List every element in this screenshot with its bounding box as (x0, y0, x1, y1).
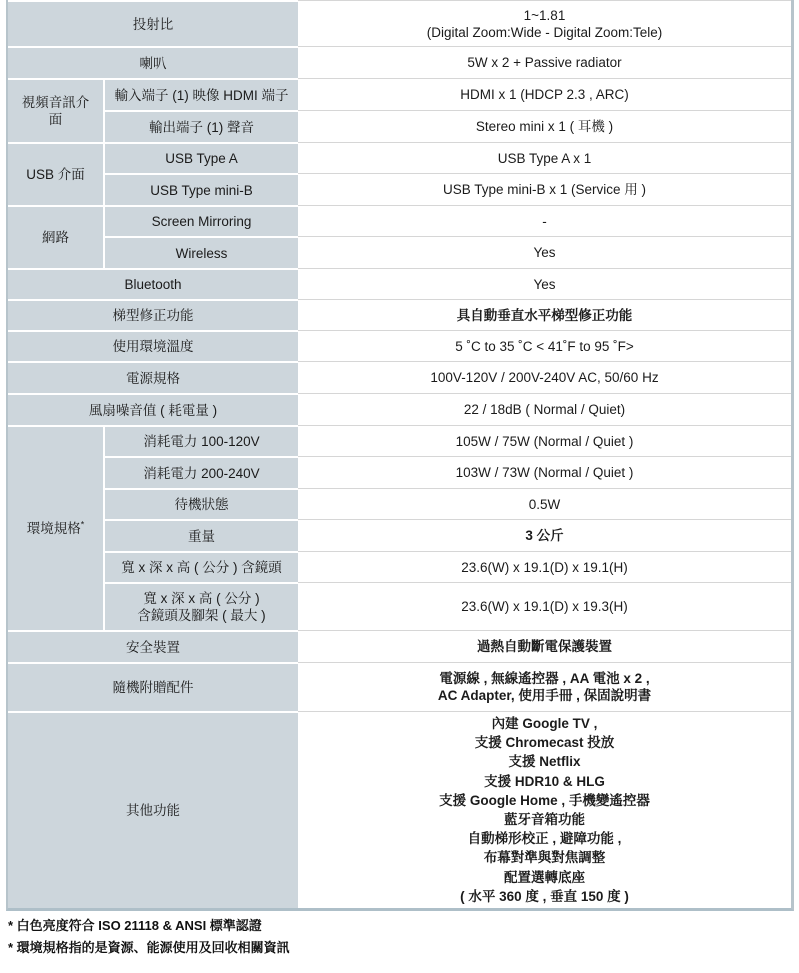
value-line: 支援 HDR10 & HLG (306, 772, 783, 791)
spec-table: 投射比 1~1.81 (Digital Zoom:Wide - Digital … (8, 0, 791, 908)
spec-label: 輸入端子 (1) 映像 HDMI 端子 (105, 78, 298, 110)
row-power-spec: 電源規格 100V-120V / 200V-240V AC, 50/60 Hz (8, 361, 791, 393)
value-line: 電源線 , 無線遙控器 , AA 電池 x 2 , (306, 670, 783, 687)
spec-label: 風扇噪音值 ( 耗電量 ) (8, 393, 298, 425)
spec-value: USB Type A x 1 (298, 142, 791, 173)
spec-label: 寬 x 深 x 高 ( 公分 ) 含鏡頭 (105, 551, 298, 582)
row-wireless: Wireless Yes (8, 236, 791, 268)
spec-value: 5W x 2 + Passive radiator (298, 46, 791, 78)
spec-table-container: 投射比 1~1.81 (Digital Zoom:Wide - Digital … (6, 0, 794, 911)
row-usb-mini-b: USB Type mini-B USB Type mini-B x 1 (Ser… (8, 173, 791, 205)
value-line: 支援 Google Home , 手機變遙控器 (306, 791, 783, 810)
footnote: * 白色亮度符合 ISO 21118 & ANSI 標準認證 (8, 915, 768, 937)
spec-group: USB 介面 (8, 142, 105, 205)
spec-value: 23.6(W) x 19.1(D) x 19.3(H) (298, 582, 791, 630)
row-bluetooth: Bluetooth Yes (8, 268, 791, 299)
row-accessories: 隨機附贈配件 電源線 , 無線遙控器 , AA 電池 x 2 , AC Adap… (8, 662, 791, 711)
footnotes: * 白色亮度符合 ISO 21118 & ANSI 標準認證 * 環境規格指的是… (8, 915, 768, 959)
row-keystone: 梯型修正功能 具自動垂直水平梯型修正功能 (8, 299, 791, 330)
spec-value: Yes (298, 268, 791, 299)
row-fan-noise: 風扇噪音值 ( 耗電量 ) 22 / 18dB ( Normal / Quiet… (8, 393, 791, 425)
spec-value: USB Type mini-B x 1 (Service 用 ) (298, 173, 791, 205)
row-safety: 安全裝置 過熱自動斷電保護裝置 (8, 630, 791, 662)
spec-label: 投射比 (8, 0, 298, 46)
value-line: 配置選轉底座 (306, 868, 783, 887)
spec-value: Stereo mini x 1 ( 耳機 ) (298, 110, 791, 142)
spec-label: Screen Mirroring (105, 205, 298, 236)
row-hdmi-input: 視頻音訊介面 輸入端子 (1) 映像 HDMI 端子 HDMI x 1 (HDC… (8, 78, 791, 110)
row-throw-ratio: 投射比 1~1.81 (Digital Zoom:Wide - Digital … (8, 0, 791, 46)
spec-value: 23.6(W) x 19.1(D) x 19.1(H) (298, 551, 791, 582)
spec-value: 22 / 18dB ( Normal / Quiet) (298, 393, 791, 425)
spec-value: 100V-120V / 200V-240V AC, 50/60 Hz (298, 361, 791, 393)
spec-label: 消耗電力 100-120V (105, 425, 298, 456)
spec-label: 重量 (105, 519, 298, 551)
spec-value: 內建 Google TV , 支援 Chromecast 投放 支援 Netfl… (298, 711, 791, 908)
spec-label: Wireless (105, 236, 298, 268)
spec-value: 過熱自動斷電保護裝置 (298, 630, 791, 662)
value-line: 支援 Chromecast 投放 (306, 733, 783, 752)
spec-sheet-page: 投射比 1~1.81 (Digital Zoom:Wide - Digital … (0, 0, 799, 973)
row-speaker: 喇叭 5W x 2 + Passive radiator (8, 46, 791, 78)
spec-label: 待機狀態 (105, 488, 298, 519)
row-operating-temp: 使用環境溫度 5 ˚C to 35 ˚C < 41˚F to 95 ˚F> (8, 330, 791, 361)
value-line: 內建 Google TV , (306, 714, 783, 733)
spec-label: 喇叭 (8, 46, 298, 78)
value-line: 藍牙音箱功能 (306, 810, 783, 829)
spec-value: 3 公斤 (298, 519, 791, 551)
spec-label: USB Type A (105, 142, 298, 173)
footnote: * 環境規格指的是資源、能源使用及回收相關資訊 (8, 937, 768, 959)
row-audio-output: 輸出端子 (1) 聲音 Stereo mini x 1 ( 耳機 ) (8, 110, 791, 142)
spec-value: 103W / 73W (Normal / Quiet ) (298, 456, 791, 488)
spec-label: 電源規格 (8, 361, 298, 393)
value-line: 自動梯形校正 , 避障功能 , (306, 829, 783, 848)
spec-value: - (298, 205, 791, 236)
spec-value: 0.5W (298, 488, 791, 519)
value-line: ( 水平 360 度 , 垂直 150 度 ) (306, 887, 783, 906)
spec-label: 隨機附贈配件 (8, 662, 298, 711)
value-line: 支援 Netflix (306, 752, 783, 771)
spec-label: 消耗電力 200-240V (105, 456, 298, 488)
spec-value: Yes (298, 236, 791, 268)
spec-value: 電源線 , 無線遙控器 , AA 電池 x 2 , AC Adapter, 使用… (298, 662, 791, 711)
spec-label: 梯型修正功能 (8, 299, 298, 330)
row-dimensions-lens: 寬 x 深 x 高 ( 公分 ) 含鏡頭 23.6(W) x 19.1(D) x… (8, 551, 791, 582)
spec-label: 輸出端子 (1) 聲音 (105, 110, 298, 142)
spec-value: 具自動垂直水平梯型修正功能 (298, 299, 791, 330)
row-screen-mirroring: 網路 Screen Mirroring - (8, 205, 791, 236)
spec-group: 環境規格* (8, 425, 105, 630)
spec-label: 其他功能 (8, 711, 298, 908)
row-standby: 待機狀態 0.5W (8, 488, 791, 519)
spec-label: Bluetooth (8, 268, 298, 299)
row-other-features: 其他功能 內建 Google TV , 支援 Chromecast 投放 支援 … (8, 711, 791, 908)
value-line: 布幕對準與對焦調整 (306, 848, 783, 867)
spec-group: 網路 (8, 205, 105, 268)
spec-group-label: 環境規格 (27, 521, 81, 536)
spec-group: 視頻音訊介面 (8, 78, 105, 142)
row-weight: 重量 3 公斤 (8, 519, 791, 551)
label-line: 含鏡頭及腳架 ( 最大 ) (113, 607, 290, 624)
row-usb-type-a: USB 介面 USB Type A USB Type A x 1 (8, 142, 791, 173)
spec-value: 1~1.81 (Digital Zoom:Wide - Digital Zoom… (298, 0, 791, 46)
row-power-200-240: 消耗電力 200-240V 103W / 73W (Normal / Quiet… (8, 456, 791, 488)
spec-value: HDMI x 1 (HDCP 2.3 , ARC) (298, 78, 791, 110)
row-power-100-120: 環境規格* 消耗電力 100-120V 105W / 75W (Normal /… (8, 425, 791, 456)
label-line: 寬 x 深 x 高 ( 公分 ) (113, 590, 290, 607)
spec-value: 105W / 75W (Normal / Quiet ) (298, 425, 791, 456)
value-line: AC Adapter, 使用手冊 , 保固說明書 (306, 687, 783, 704)
spec-value: 5 ˚C to 35 ˚C < 41˚F to 95 ˚F> (298, 330, 791, 361)
row-dimensions-max: 寬 x 深 x 高 ( 公分 ) 含鏡頭及腳架 ( 最大 ) 23.6(W) x… (8, 582, 791, 630)
spec-label: 使用環境溫度 (8, 330, 298, 361)
spec-label: 寬 x 深 x 高 ( 公分 ) 含鏡頭及腳架 ( 最大 ) (105, 582, 298, 630)
spec-label: USB Type mini-B (105, 173, 298, 205)
value-line: (Digital Zoom:Wide - Digital Zoom:Tele) (306, 24, 783, 41)
value-line: 1~1.81 (306, 7, 783, 24)
spec-label: 安全裝置 (8, 630, 298, 662)
footnote-marker: * (81, 520, 85, 530)
